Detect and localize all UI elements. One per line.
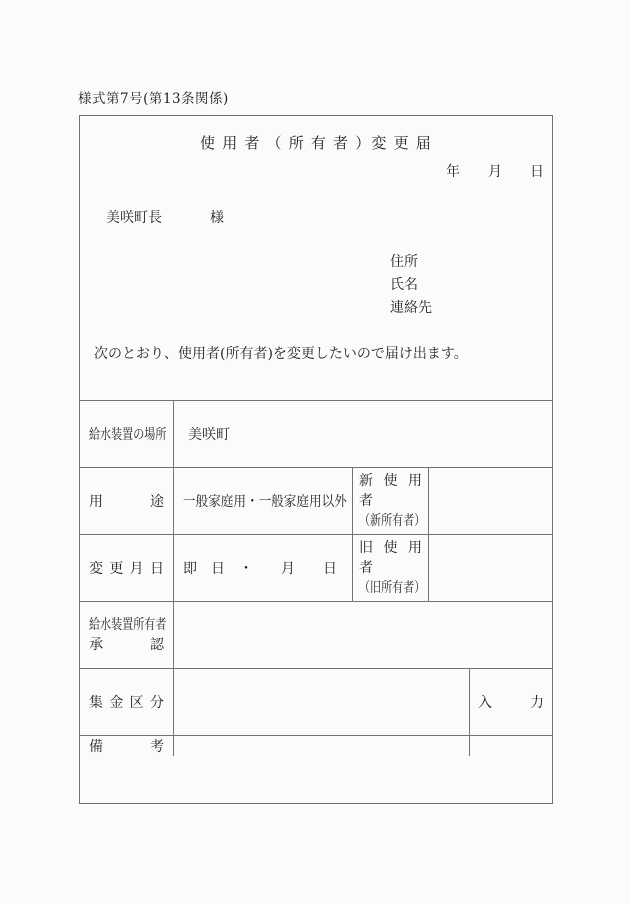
old-user-label-cell: 旧 使 用 者 （旧所有者） [353, 535, 429, 601]
usage-label: 用 途 [89, 491, 164, 511]
old-user-value-cell [429, 535, 552, 601]
applicant-block: 住所 氏名 連絡先 [390, 251, 432, 320]
change-date-value: 即 日 ・ 月 日 [183, 558, 343, 578]
input-label: 入 力 [478, 692, 544, 712]
addressee: 美咲町長 [106, 210, 162, 226]
date-line: 年 月 日 [446, 161, 544, 181]
usage-label-cell: 用 途 [80, 468, 174, 534]
applicant-contact-label: 連絡先 [390, 297, 432, 320]
collection-label-cell: 集 金 区 分 [80, 669, 174, 735]
input-label-cell: 入 力 [470, 669, 552, 735]
owner-approval-label-cell: 給水装置所有者 承 認 [80, 602, 174, 668]
owner-approval-label-line1: 給水装置所有者 [89, 615, 148, 635]
supply-location-label: 給水装置の場所 [89, 424, 148, 444]
new-user-value-cell [429, 468, 552, 534]
old-user-label-line1: 旧 使 用 者 [359, 538, 422, 578]
remarks-value-cell [174, 736, 470, 756]
change-date-label: 変 更 月 日 [89, 558, 164, 578]
document-box: 使 用 者 （ 所 有 者 ）変 更 届 年 月 日 美咲町長様 住所 氏名 連… [79, 115, 553, 804]
row-change-date: 変 更 月 日 即 日 ・ 月 日 旧 使 用 者 （旧所有者） [80, 535, 552, 602]
form-number: 様式第7号(第13条関係) [78, 87, 229, 107]
document-title: 使 用 者 （ 所 有 者 ）変 更 届 [80, 132, 552, 153]
change-date-value-cell: 即 日 ・ 月 日 [174, 535, 353, 601]
usage-value: 一般家庭用・一般家庭用以外 [183, 491, 327, 511]
collection-value-cell [174, 669, 470, 735]
owner-approval-value-cell [174, 602, 552, 668]
supply-location-value: 美咲町 [188, 424, 538, 444]
collection-label: 集 金 区 分 [89, 692, 164, 712]
form-table: 給水装置の場所 美咲町 用 途 一般家庭用・一般家庭用以外 新 使 用 者 （新… [80, 401, 552, 756]
new-user-label-cell: 新 使 用 者 （新所有者） [353, 468, 429, 534]
supply-location-label-cell: 給水装置の場所 [80, 401, 174, 467]
row-collection: 集 金 区 分 入 力 [80, 669, 552, 736]
new-user-label-line1: 新 使 用 者 [359, 471, 422, 511]
new-user-label-line2: （新所有者） [359, 511, 409, 531]
row-owner-approval: 給水装置所有者 承 認 [80, 602, 552, 669]
document-page: 様式第7号(第13条関係) 使 用 者 （ 所 有 者 ）変 更 届 年 月 日… [0, 0, 630, 903]
addressee-line: 美咲町長様 [106, 207, 224, 227]
row-remarks: 備 考 [80, 736, 552, 756]
usage-value-cell: 一般家庭用・一般家庭用以外 [174, 468, 353, 534]
row-supply-location: 給水装置の場所 美咲町 [80, 401, 552, 468]
addressee-honorific: 様 [210, 210, 224, 226]
remarks-right-cell [470, 736, 552, 756]
header-section: 使 用 者 （ 所 有 者 ）変 更 届 年 月 日 美咲町長様 住所 氏名 連… [80, 116, 552, 401]
supply-location-value-cell: 美咲町 [174, 401, 552, 467]
statement: 次のとおり、使用者(所有者)を変更したいので届け出ます。 [94, 343, 468, 363]
remarks-label-cell: 備 考 [80, 736, 174, 756]
applicant-address-label: 住所 [390, 251, 432, 274]
applicant-name-label: 氏名 [390, 274, 432, 297]
change-date-label-cell: 変 更 月 日 [80, 535, 174, 601]
old-user-label-line2: （旧所有者） [359, 578, 409, 598]
remarks-label: 備 考 [89, 736, 164, 756]
owner-approval-label-line2: 承 認 [89, 635, 164, 655]
row-usage: 用 途 一般家庭用・一般家庭用以外 新 使 用 者 （新所有者） [80, 468, 552, 535]
